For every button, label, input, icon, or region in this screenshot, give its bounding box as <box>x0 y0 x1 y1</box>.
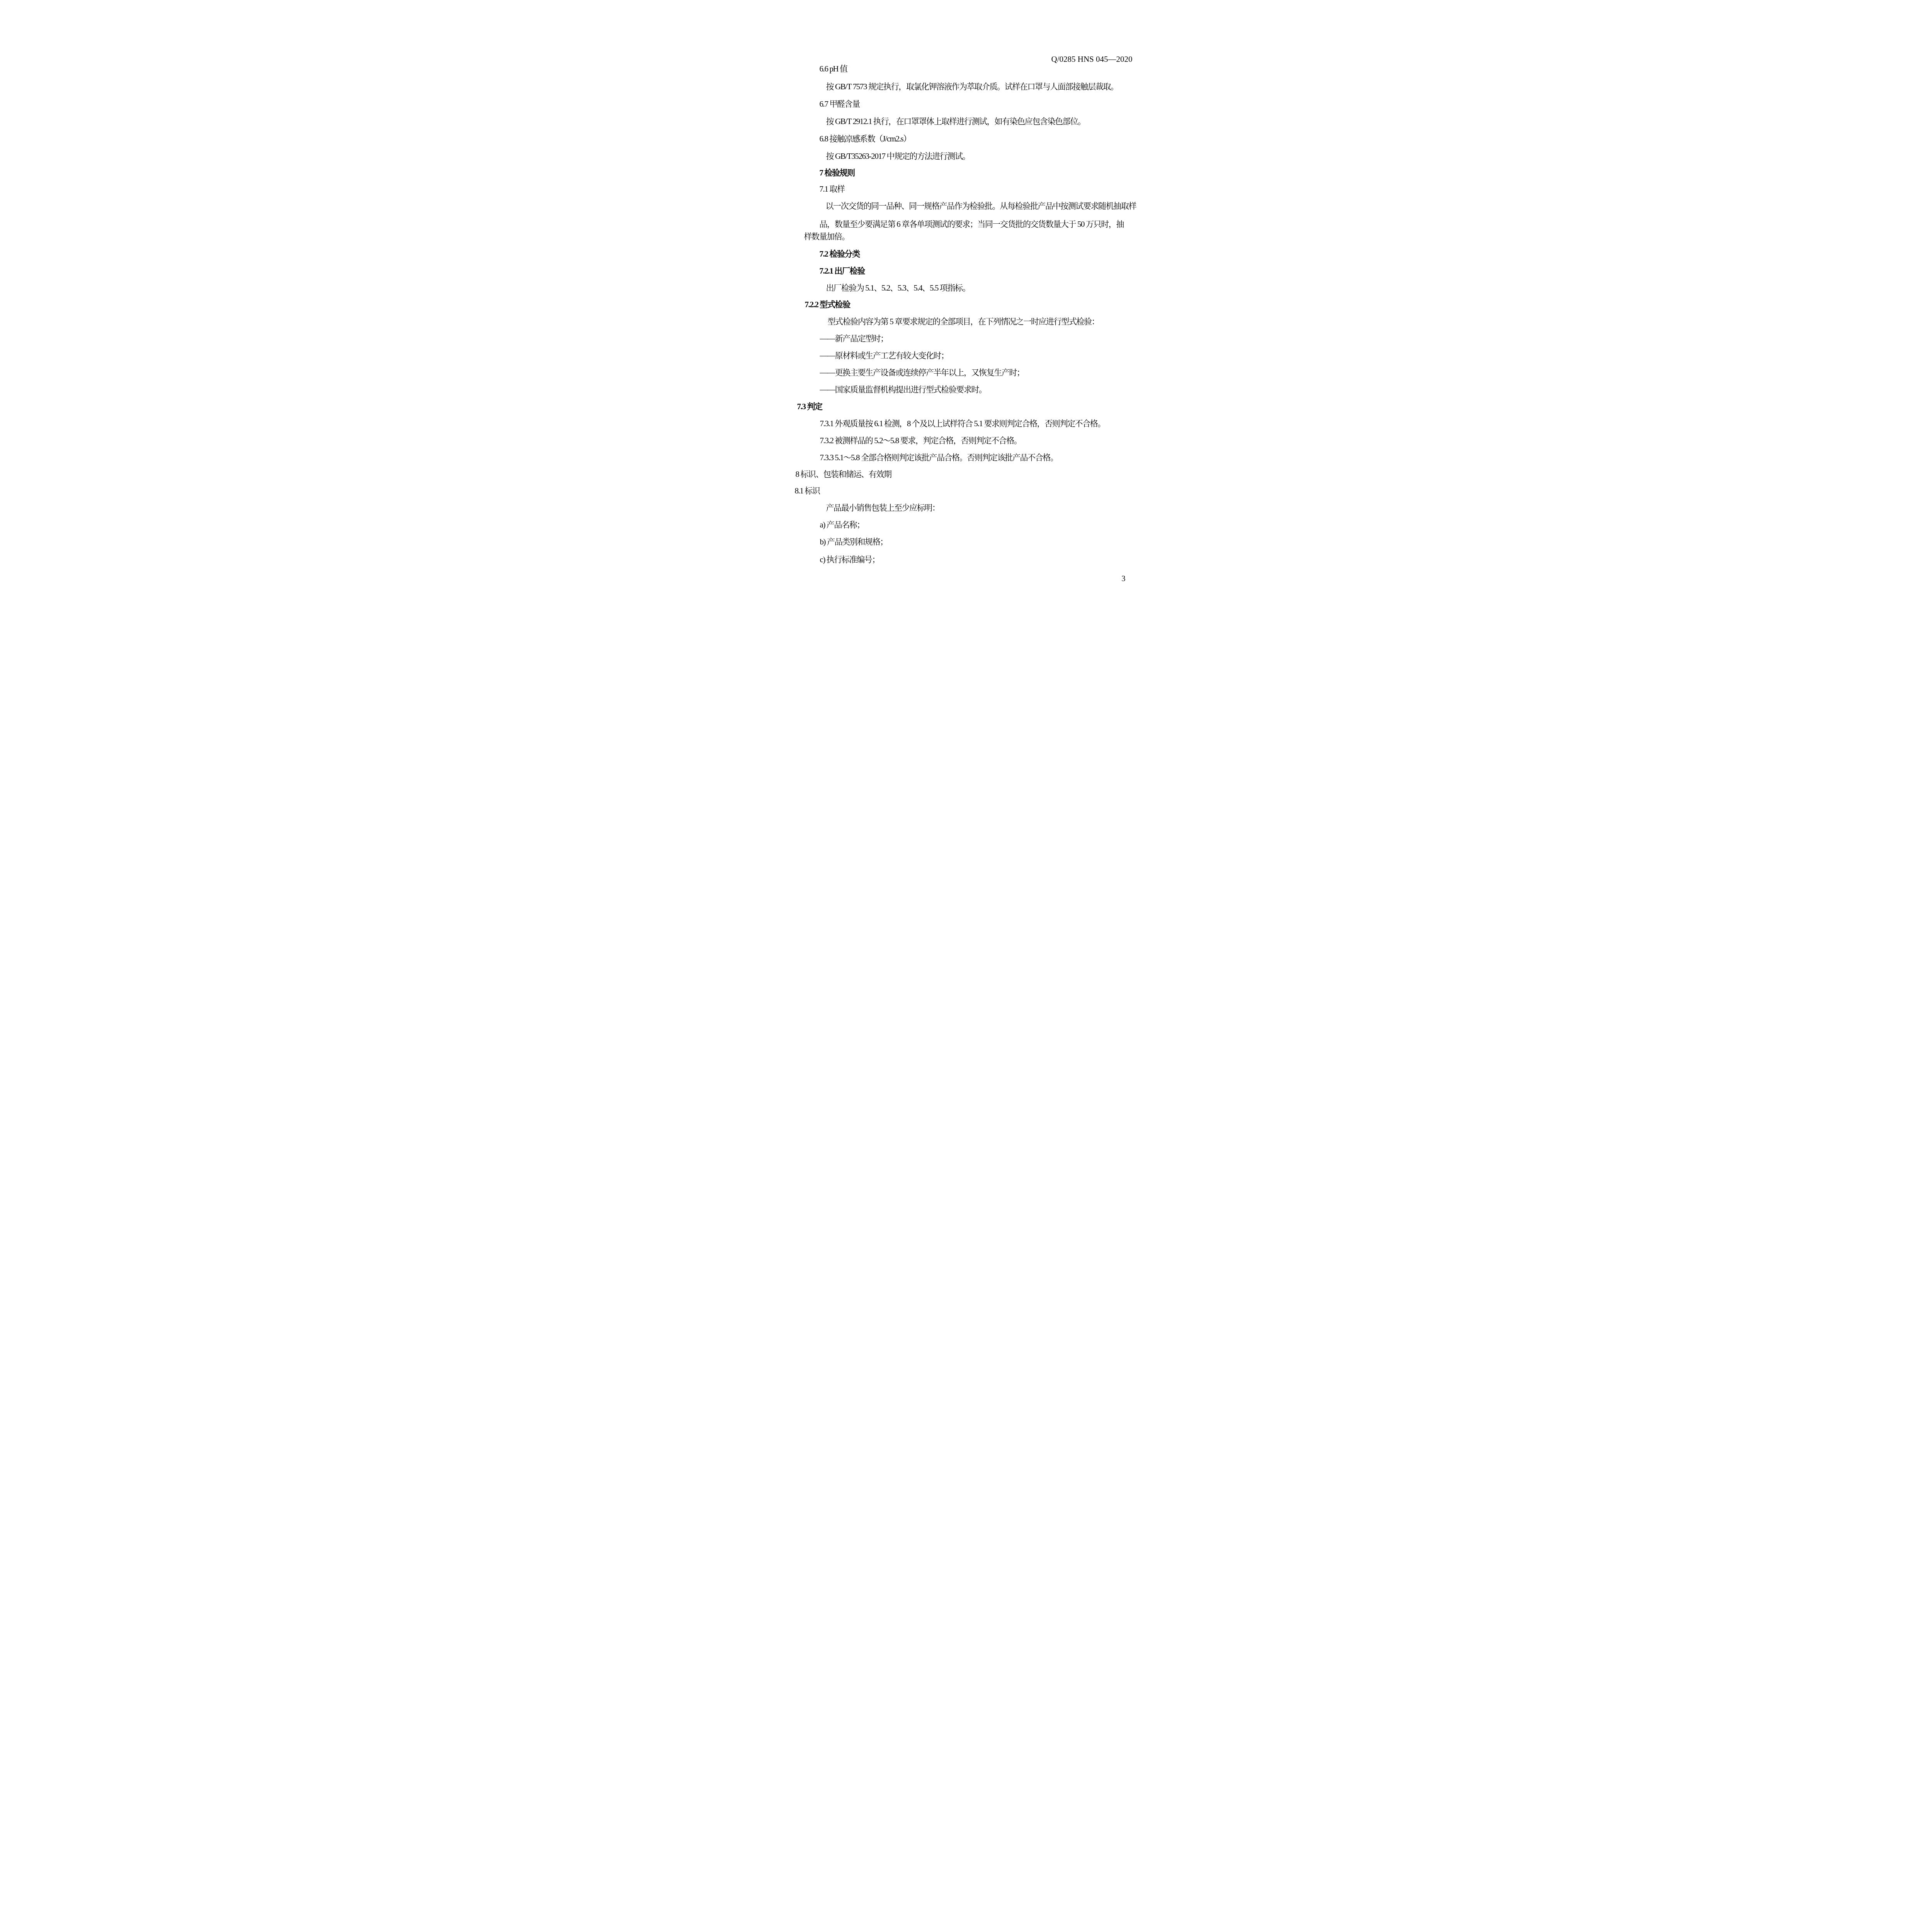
heading-7-2-1: 7.2.1 出厂检验 <box>820 266 865 276</box>
heading-7-2: 7.2 检验分类 <box>820 249 860 259</box>
heading-8: 8 标识、包装和储运、有效期 <box>796 469 891 479</box>
standard-number: Q/0285 HNS 045—2020 <box>1051 54 1133 64</box>
para-6-7: 按 GB/T 2912.1 执行，在口罩罩体上取样进行测试，如有染色应包含染色部… <box>826 117 1085 126</box>
document-page: Q/0285 HNS 045—2020 6.6 pH 值 按 GB/T 7573… <box>746 0 1171 601</box>
list-item-b: b) 产品类别和规格； <box>820 537 888 547</box>
heading-6-6: 6.6 pH 值 <box>820 64 847 74</box>
heading-6-7: 6.7 甲醛含量 <box>820 99 860 109</box>
para-7-1-line-3: 样数量加倍。 <box>804 232 850 241</box>
heading-7-3: 7.3 判定 <box>797 402 822 412</box>
dash-item-3: ——更换主要生产设备或连续停产半年以上，又恢复生产时； <box>820 368 1024 378</box>
list-item-c: c) 执行标准编号； <box>820 555 880 565</box>
clause-7-3-3: 7.3.3 5.1～5.8 全部合格则判定该批产品合格。否则判定该批产品不合格。 <box>820 453 1058 463</box>
para-6-6: 按 GB/T 7573 规定执行，取氯化钾溶液作为萃取介质。试样在口罩与人面部接… <box>826 82 1118 92</box>
para-7-2-1: 出厂检验为 5.1、5.2、5.3、5.4、5.5 项指标。 <box>826 283 970 293</box>
para-7-1-line-2: 品，数量至少要满足第 6 章各单项测试的要求；当同一交货批的交货数量大于 50 … <box>820 219 1124 229</box>
dash-item-4: ——国家质量监督机构提出进行型式检验要求时。 <box>820 385 987 395</box>
heading-7: 7 检验规则 <box>820 168 855 178</box>
heading-8-1: 8.1 标识 <box>795 486 820 496</box>
heading-6-8: 6.8 接触凉感系数（J/cm2.s） <box>820 134 911 144</box>
para-7-1-line-1: 以一次交货的同一品种、同一规格产品作为检验批。从每检验批产品中按测试要求随机抽取… <box>826 201 1136 211</box>
heading-7-1: 7.1 取样 <box>820 184 845 194</box>
heading-7-2-2: 7.2.2 型式检验 <box>805 300 850 310</box>
dash-item-1: ——新产品定型时； <box>820 334 888 344</box>
clause-7-3-1: 7.3.1 外观质量按 6.1 检测，8 个及以上试样符合 5.1 要求则判定合… <box>820 419 1106 429</box>
list-item-a: a) 产品名称； <box>820 520 864 530</box>
dash-item-2: ——原材料或生产工艺有较大变化时； <box>820 351 949 361</box>
para-7-2-2: 型式检验内容为第 5 章要求规定的全部项目，在下列情况之一时应进行型式检验： <box>828 317 1099 327</box>
para-8-1: 产品最小销售包装上至少应标明： <box>826 503 940 513</box>
para-6-8: 按 GB/T35263-2017 中规定的方法进行测试。 <box>826 151 970 161</box>
clause-7-3-2: 7.3.2 被测样品的 5.2～5.8 要求，判定合格，否则判定不合格。 <box>820 436 1022 446</box>
page-number: 3 <box>1122 574 1126 583</box>
